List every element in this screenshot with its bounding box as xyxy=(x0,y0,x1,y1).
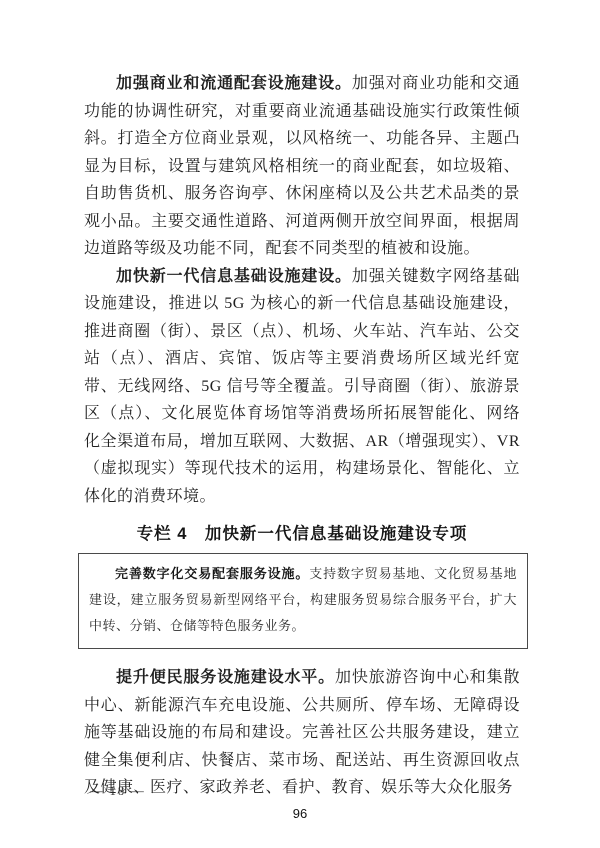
paragraph-body-text: 加强对商业功能和交通功能的协调性研究，对重要商业流通基础设施实行政策性倾斜。打造… xyxy=(84,75,520,257)
special-column-box: 完善数字化交易配套服务设施。支持数字贸易基地、文化贸易基地建设，建立服务贸易新型… xyxy=(78,553,528,649)
box-paragraph-lead-bold: 完善数字化交易配套服务设施。 xyxy=(115,566,309,581)
paragraph-commerce-facilities: 加强商业和流通配套设施建设。加强对商业功能和交通功能的协调性研究，对重要商业流通… xyxy=(84,70,520,263)
paragraph-body-text: 加强关键数字网络基础设施建设，推进以 5G 为核心的新一代信息基础设施建设，推进… xyxy=(84,268,520,505)
document-page: 加强商业和流通配套设施建设。加强对商业功能和交通功能的协调性研究，对重要商业流通… xyxy=(0,0,600,848)
paragraph-lead-bold: 加快新一代信息基础设施建设。 xyxy=(116,268,352,285)
special-column-title: 专栏 4 加快新一代信息基础设施建设专项 xyxy=(84,520,520,544)
paragraph-info-infrastructure: 加快新一代信息基础设施建设。加强关键数字网络基础设施建设，推进以 5G 为核心的… xyxy=(84,263,520,511)
paragraph-convenience-services: 提升便民服务设施建设水平。加快旅游咨询中心和集散中心、新能源汽车充电设施、公共厕… xyxy=(84,664,520,802)
paragraph-body-text: 加快旅游咨询中心和集散中心、新能源汽车充电设施、公共厕所、停车场、无障碍设施等基… xyxy=(84,669,520,796)
paragraph-lead-bold: 提升便民服务设施建设水平。 xyxy=(116,669,335,686)
box-paragraph: 完善数字化交易配套服务设施。支持数字贸易基地、文化贸易基地建设，建立服务贸易新型… xyxy=(89,561,517,639)
folio-number: — 18 — xyxy=(90,784,146,799)
paragraph-lead-bold: 加强商业和流通配套设施建设。 xyxy=(116,75,352,92)
page-number: 96 xyxy=(0,806,600,821)
page-content: 加强商业和流通配套设施建设。加强对商业功能和交通功能的协调性研究，对重要商业流通… xyxy=(84,70,520,802)
